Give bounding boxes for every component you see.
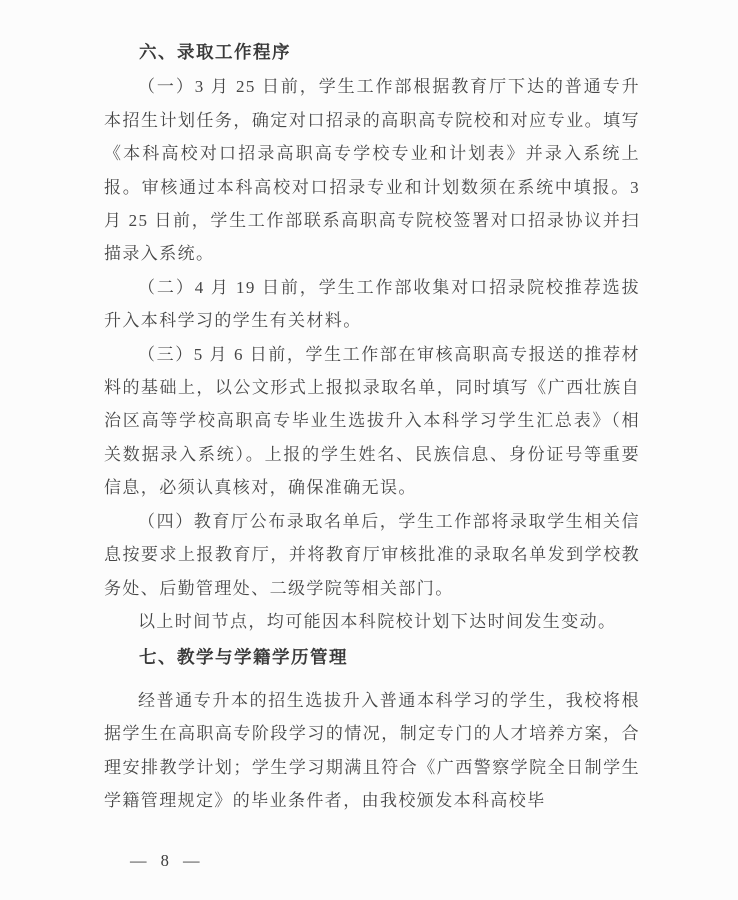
paragraph-time-note: 以上时间节点，均可能因本科院校计划下达时间发生变动。 — [104, 605, 640, 638]
document-page: 六、录取工作程序 （一）3 月 25 日前，学生工作部根据教育厅下达的普通专升本… — [0, 0, 738, 900]
paragraph-step-4: （四）教育厅公布录取名单后，学生工作部将录取学生相关信息按要求上报教育厅，并将教… — [104, 505, 640, 605]
page-number: — 8 — — [130, 851, 205, 871]
paragraph-step-1: （一）3 月 25 日前，学生工作部根据教育厅下达的普通专升本招生计划任务，确定… — [104, 70, 640, 270]
paragraph-teaching-management: 经普通专升本的招生选拔升入普通本科学习的学生，我校将根据学生在高职高专阶段学习的… — [104, 684, 640, 818]
document-body: 六、录取工作程序 （一）3 月 25 日前，学生工作部根据教育厅下达的普通专升本… — [104, 37, 640, 817]
paragraph-step-3: （三）5 月 6 日前，学生工作部在审核高职高专报送的推荐材料的基础上，以公文形… — [104, 338, 640, 505]
paragraph-step-2: （二）4 月 19 日前，学生工作部收集对口招录院校推荐选拔升入本科学习的学生有… — [104, 271, 640, 338]
section-heading-admission-procedure: 六、录取工作程序 — [104, 37, 640, 70]
section-heading-teaching-management: 七、教学与学籍学历管理 — [104, 642, 640, 675]
